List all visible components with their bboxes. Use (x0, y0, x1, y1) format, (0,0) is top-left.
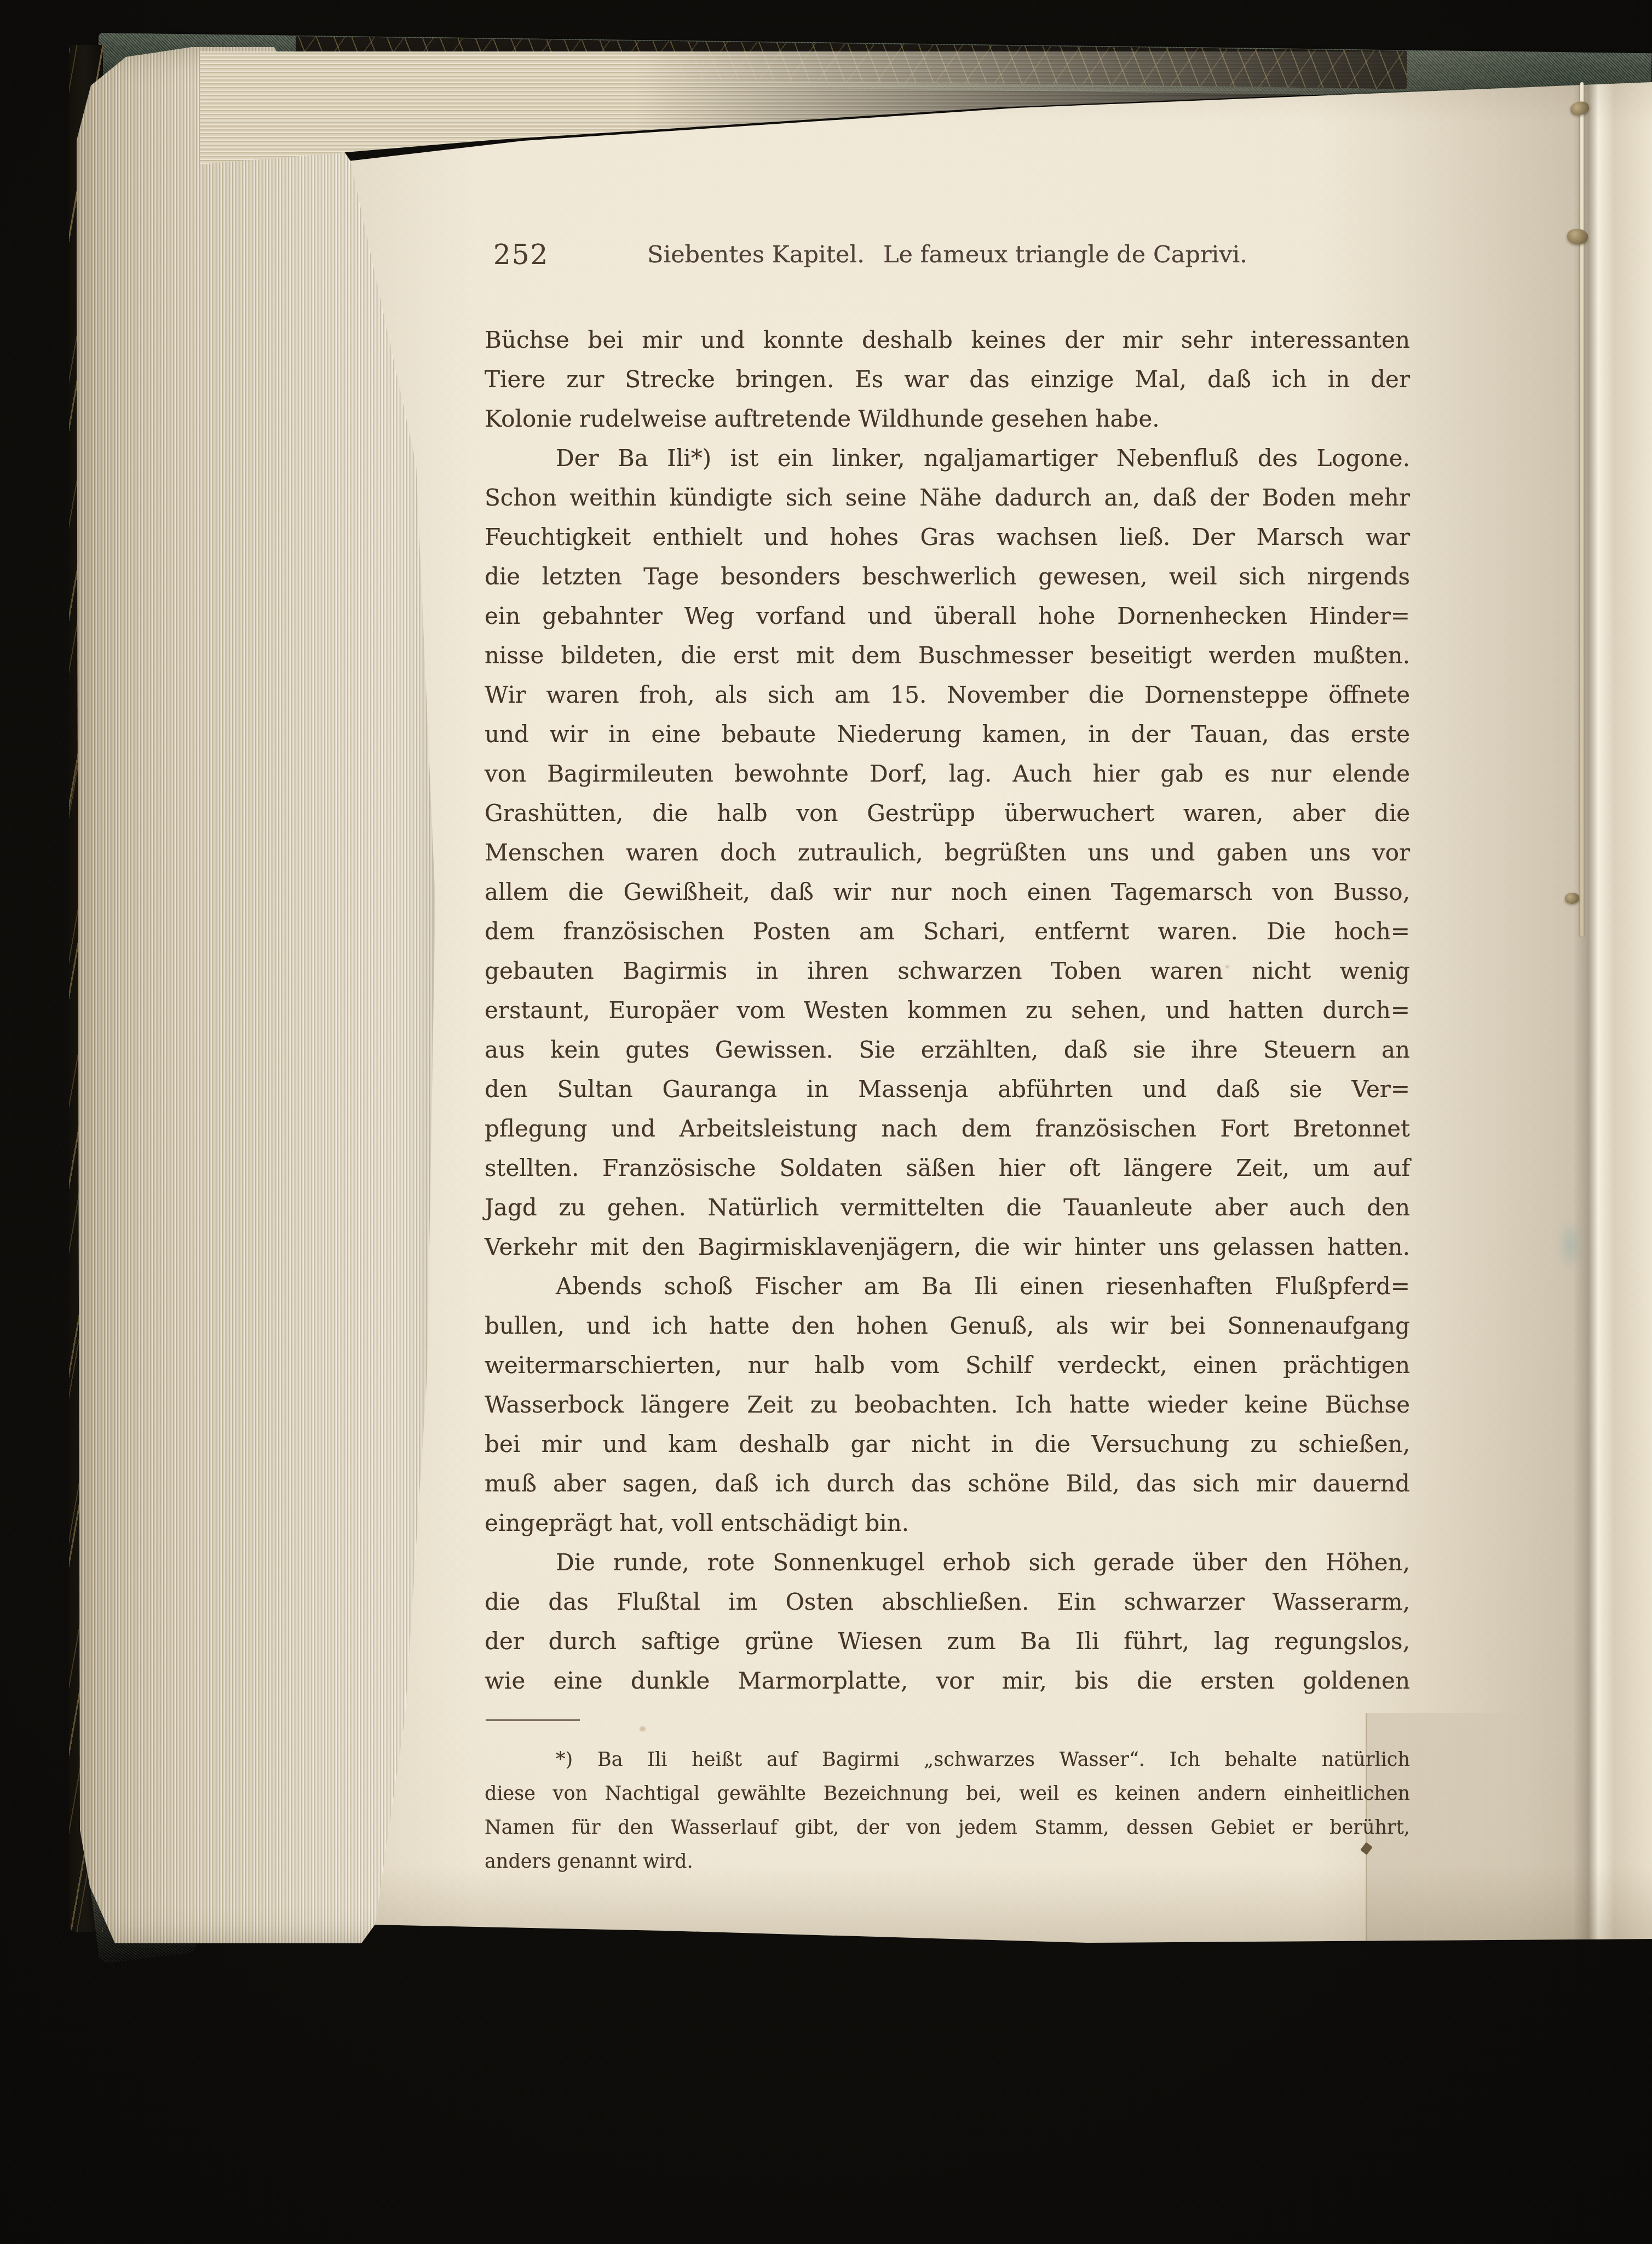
page-content: 252 Siebentes Kapitel.Le fameux triangle… (485, 241, 1410, 1879)
footnote-text: *) Ba Ili heißt auf Bagirmi „schwarzes W… (485, 1743, 1410, 1879)
body-text-line: die letzten Tage besonders beschwerlich … (485, 557, 1410, 596)
body-text-line: Grashütten, die halb von Gestrüpp überwu… (485, 794, 1410, 833)
body-text-line: Büchse bei mir und konnte deshalb keines… (485, 320, 1410, 360)
body-text-line: Jagd zu gehen. Natürlich vermittelten di… (485, 1188, 1410, 1227)
body-text-line: ein gebahnter Weg vorfand und überall ho… (485, 596, 1410, 636)
body-text-line: muß aber sagen, daß ich durch das schöne… (485, 1464, 1410, 1503)
body-text-line: Tiere zur Strecke bringen. Es war das ei… (485, 360, 1410, 399)
body-text-line: der durch saftige grüne Wiesen zum Ba Il… (485, 1622, 1410, 1661)
body-text-line: Feuchtigkeit enthielt und hohes Gras wac… (485, 518, 1410, 557)
page-stack-left-edges (77, 47, 438, 1943)
body-text-line: Verkehr mit den Bagirmisklavenjägern, di… (485, 1227, 1410, 1267)
body-text-line: Wasserbock längere Zeit zu beobachten. I… (485, 1385, 1410, 1425)
body-text-line: Der Ba Ili*) ist ein linker, ngaljamarti… (485, 439, 1410, 478)
page-number: 252 (493, 239, 549, 271)
body-text-line: wie eine dunkle Marmorplatte, vor mir, b… (485, 1661, 1410, 1701)
body-text-line: weitermarschierten, nur halb vom Schilf … (485, 1346, 1410, 1385)
body-text-line: gebauten Bagirmis in ihren schwarzen Tob… (485, 951, 1410, 991)
body-text-line: den Sultan Gauranga in Massenja abführte… (485, 1070, 1410, 1109)
body-text-line: allem die Gewißheit, daß wir nur noch ei… (485, 873, 1410, 912)
footnote-text-line: Namen für den Wasserlauf gibt, der von j… (485, 1811, 1410, 1845)
body-text-line: aus kein gutes Gewissen. Sie erzählten, … (485, 1030, 1410, 1070)
body-text-line: erstaunt, Europäer vom Westen kommen zu … (485, 991, 1410, 1030)
chapter-title: Siebentes Kapitel. (647, 241, 865, 268)
body-text: Büchse bei mir und konnte deshalb keines… (485, 320, 1410, 1701)
body-text-line: eingeprägt hat, voll entschädigt bin. (485, 1503, 1410, 1543)
chapter-subtitle: Le fameux triangle de Caprivi. (883, 241, 1247, 268)
body-text-line: und wir in eine bebaute Niederung kamen,… (485, 715, 1410, 754)
footnote-rule (486, 1719, 580, 1721)
binding-thread (1580, 82, 1584, 937)
body-text-line: Kolonie rudelweise auftretende Wildhunde… (485, 399, 1410, 439)
running-header: Siebentes Kapitel.Le fameux triangle de … (485, 241, 1410, 268)
body-text-line: pflegung und Arbeitsleistung nach dem fr… (485, 1109, 1410, 1149)
body-text-line: dem französischen Posten am Schari, entf… (485, 912, 1410, 951)
body-text-line: Menschen waren doch zutraulich, begrüßte… (485, 833, 1410, 873)
body-text-line: Die runde, rote Sonnenkugel erhob sich g… (485, 1543, 1410, 1582)
body-text-line: bullen, und ich hatte den hohen Genuß, a… (485, 1306, 1410, 1346)
footnote-text-line: anders genannt wird. (485, 1845, 1410, 1879)
footnote-text-line: *) Ba Ili heißt auf Bagirmi „schwarzes W… (485, 1743, 1410, 1777)
body-text-line: stellten. Französische Soldaten säßen hi… (485, 1149, 1410, 1188)
footnote-text-line: diese von Nachtigal gewählte Bezeichnung… (485, 1777, 1410, 1811)
body-text-line: Wir waren froh, als sich am 15. November… (485, 675, 1410, 715)
body-text-line: bei mir und kam deshalb gar nicht in die… (485, 1425, 1410, 1464)
body-text-line: Schon weithin kündigte sich seine Nähe d… (485, 478, 1410, 518)
book-photo: 252 Siebentes Kapitel.Le fameux triangle… (0, 0, 1652, 2244)
body-text-line: Abends schoß Fischer am Ba Ili einen rie… (485, 1267, 1410, 1306)
body-text-line: nisse bildeten, die erst mit dem Buschme… (485, 636, 1410, 675)
body-text-line: von Bagirmileuten bewohnte Dorf, lag. Au… (485, 754, 1410, 794)
page-header: 252 Siebentes Kapitel.Le fameux triangle… (485, 241, 1410, 279)
ink-smudge (1553, 1209, 1588, 1281)
body-text-line: die das Flußtal im Osten abschließen. Ei… (485, 1582, 1410, 1622)
